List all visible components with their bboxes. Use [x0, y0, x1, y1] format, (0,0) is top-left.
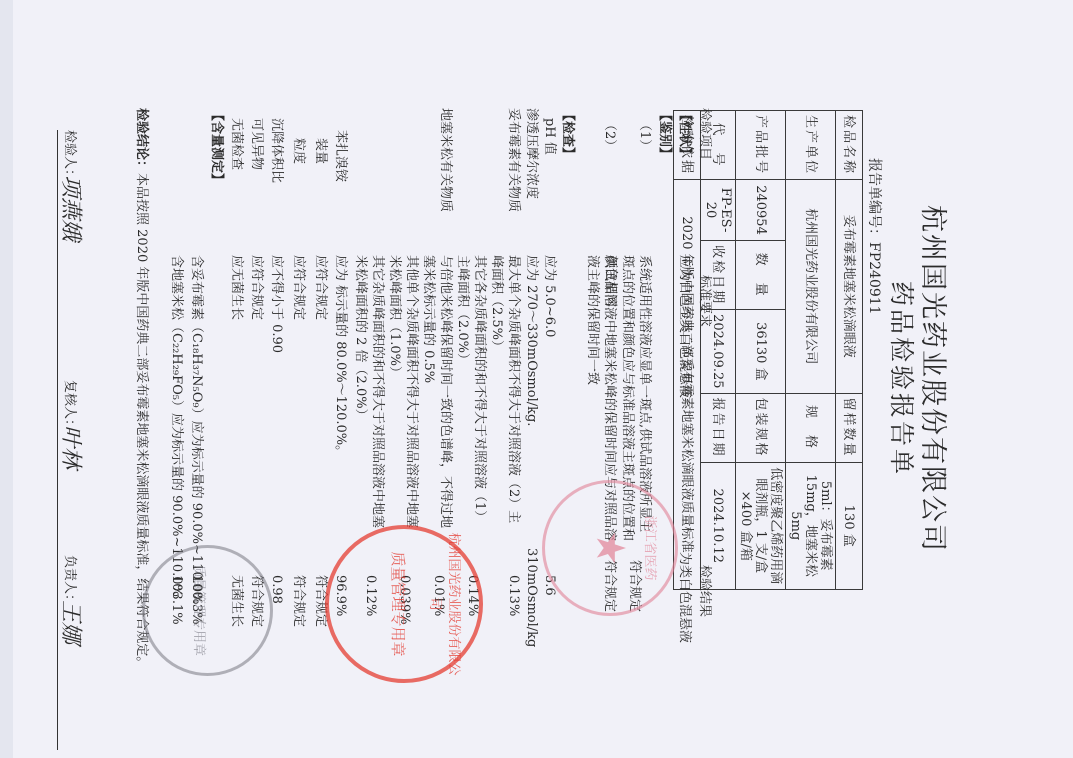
report-number-label: 报告单编号：	[866, 158, 882, 242]
page-edge	[0, 0, 13, 758]
reviewer-signature: 叶林	[57, 425, 88, 469]
spec-label: 规 格	[786, 393, 836, 462]
appearance-standard: 应为白色至类白色混悬液	[676, 255, 693, 398]
code: FP-ES-20	[701, 180, 736, 241]
visible-result: 符合规定	[248, 575, 265, 627]
ph-standard: 应为 5.0~6.0	[541, 255, 558, 337]
quantity-label: 数 量	[736, 241, 786, 310]
manufacturer: 杭州国光药业股份有限公司	[786, 180, 836, 394]
ident2-result: 符合规定	[601, 560, 618, 612]
section-inspection: 【检查】	[559, 108, 576, 160]
assay-tobra-result: 100.3%	[188, 575, 205, 625]
sterility-standard: 应无菌生长	[228, 255, 245, 320]
assay-dexa-standard: 含地塞米松（C₂₂H₂₉FO₅）应为标示量的 90.0%~110.0%	[168, 255, 185, 597]
ident1-result: 符合规定	[626, 560, 643, 612]
sediment-result: 0.98	[268, 575, 285, 604]
section-assay: 【含量测定】	[208, 108, 225, 186]
osmolality-result: 310mOsmol/kg	[523, 548, 540, 647]
visible-standard: 应符合规定	[248, 255, 265, 320]
quantity: 36130 盒	[736, 310, 786, 393]
conclusion-text: 本品按照 2020 年版中国药典二部妥布霉素地塞米松滴眼液质量标准，结果符合规定…	[134, 173, 149, 669]
report-page: 杭州国光药业股份有限公司 药品检验报告单 报告单编号：FP240911 检品名称…	[0, 0, 1073, 758]
fill-result: 符合规定	[312, 575, 329, 627]
benzalkonium-standard: 应为 标示量的 80.0%～120.0%。	[332, 255, 349, 458]
dexa-related-result-3: 0.12%	[362, 575, 379, 616]
appearance-result: 为类白色混悬液	[676, 552, 693, 643]
sediment-standard: 应不得小于 0.90	[268, 255, 285, 353]
batch-label: 产品批号	[736, 111, 786, 180]
info-table: 检品名称 妥布霉素地塞米松滴眼液 留样数量 130 盒 生产单位 杭州国光药业股…	[673, 110, 863, 590]
benzalkonium-result: 96.9%	[332, 575, 349, 616]
dexa-related-item: 地塞米松有关物质	[437, 108, 454, 212]
particle-item: 粒度	[290, 138, 307, 164]
tobra-related-standard-1: 最大单个杂质峰面积不得大于对照溶液（2）主峰面积（2.5%）	[488, 255, 522, 525]
fill-standard: 应符合规定	[312, 255, 329, 320]
dexa-related-standard-1: 与倍他米松峰保留时间一致的色谱峰，不得过地塞米松标示量的 0.5%	[420, 255, 454, 530]
product-name-label: 检品名称	[836, 111, 863, 180]
sterility-item: 无菌检查	[228, 118, 245, 170]
tobra-related-result-1: 0.13%	[505, 575, 522, 616]
manufacturer-label: 生产单位	[786, 111, 836, 180]
package: 低密度聚乙烯药用滴眼剂瓶，1 支/盒×400 盒/箱	[736, 462, 786, 589]
ph-result: 5.6	[541, 575, 558, 596]
responsible-signature: 王娜	[57, 600, 88, 644]
dexa-related-standard-3: 其它杂质峰面积的和不得大于对照品溶液中地塞米松峰面积的 2 倍（2.0%）	[352, 255, 386, 530]
particle-result: 符合规定	[290, 575, 307, 627]
tobra-related-result-2: 0.14%	[464, 575, 481, 616]
benzalkonium-item: 苯扎溴铵	[332, 130, 349, 182]
package-label: 包装规格	[736, 393, 786, 462]
product-name: 妥布霉素地塞米松滴眼液	[836, 180, 863, 394]
company-name: 杭州国光药业股份有限公司	[916, 0, 955, 758]
inspector-signature: 项燕娥	[57, 175, 88, 241]
sterility-result: 无菌生长	[228, 575, 245, 627]
report-number-value: FP240911	[866, 242, 882, 315]
ident2-standard: 供试品溶液中地塞米松峰的保留时间应与对照品溶液主峰的保留时间一致	[584, 255, 618, 545]
tobra-related-standard-2: 其它各杂质峰面积的和不得大于对照溶液（1）主峰面积（2.0%）	[454, 255, 488, 525]
section-appearance: 【性状】	[676, 108, 693, 160]
sediment-item: 沉降体积比	[268, 118, 285, 183]
column-standard: 标准要求	[696, 275, 713, 327]
dexa-related-result-1: 0.01%	[430, 575, 447, 616]
column-item: 检验项目	[696, 108, 713, 160]
conclusion-label: 检验结论：	[134, 108, 149, 173]
retained-qty: 130 盒	[836, 462, 863, 589]
ident2-item: （2）	[601, 118, 618, 152]
ident1-item: （1）	[636, 118, 653, 152]
report-title: 药品检验报告单	[885, 0, 921, 758]
tobra-related-item: 妥布霉素有关物质	[505, 108, 522, 212]
batch: 240954	[736, 180, 786, 241]
report-number: 报告单编号：FP240911	[865, 158, 885, 315]
visible-item: 可见异物	[248, 118, 265, 170]
section-identification: 【鉴别】	[656, 108, 673, 160]
report-date-label: 报告日期	[701, 393, 736, 462]
dexa-related-standard-2: 其他单个杂质峰面积不得大于对照品溶液中地塞米松峰面积（1.0%）	[386, 255, 420, 530]
retained-qty-label: 留样数量	[836, 393, 863, 462]
column-result: 检验结果	[696, 565, 713, 617]
ph-item: pH 值	[541, 118, 558, 155]
conclusion: 检验结论：本品按照 2020 年版中国药典二部妥布霉素地塞米松滴眼液质量标准，结…	[134, 108, 153, 669]
osmolality-item: 渗透压摩尔浓度	[523, 108, 540, 199]
spec: 5ml：妥布霉素 15mg，地塞米松 5mg	[786, 462, 836, 589]
assay-tobra-standard: 含妥布霉素（C₁₈H₃₇N₅O₉）应为标示量的 90.0%~110.0%	[188, 255, 205, 604]
dexa-related-result-2: 0.039%	[396, 575, 413, 625]
assay-dexa-result: 103.1%	[168, 575, 185, 625]
osmolality-standard: 应为 270～330mOsmol/kg.	[523, 255, 540, 426]
fill-item: 装量	[312, 138, 329, 164]
particle-standard: 应符合规定	[290, 255, 307, 320]
